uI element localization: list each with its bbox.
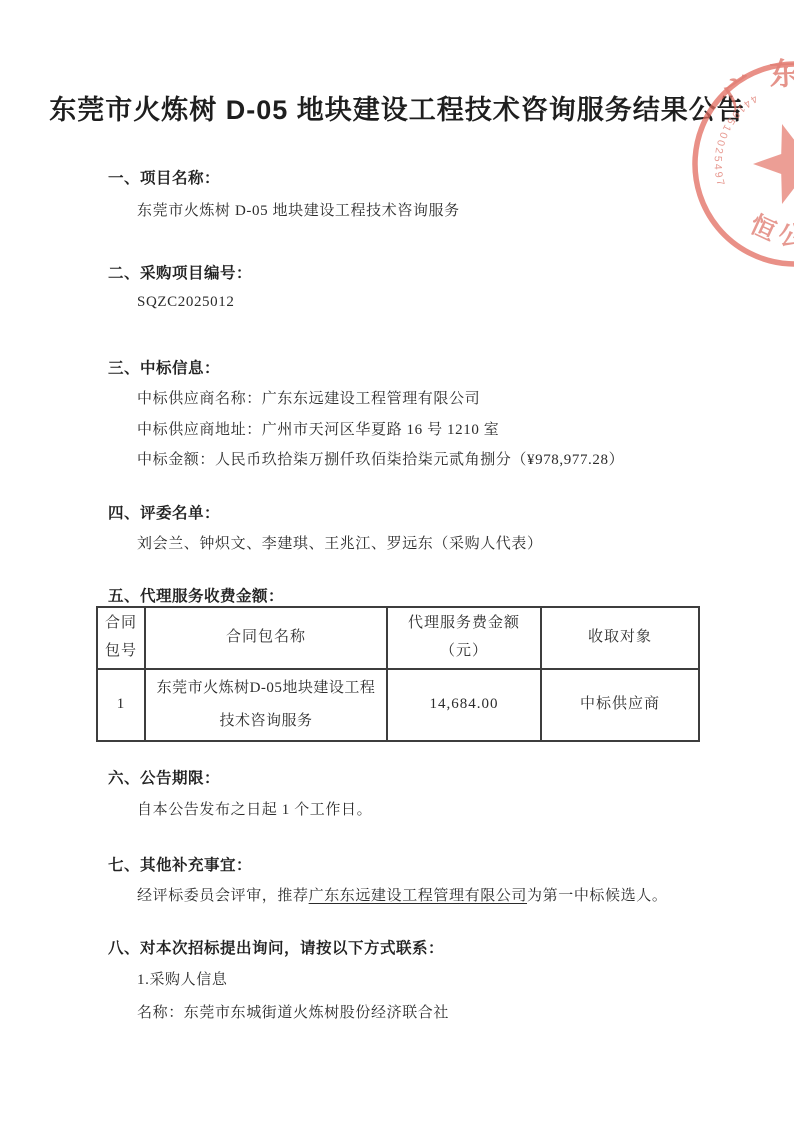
- procurement-project-number: SQZC2025012: [137, 294, 734, 311]
- svg-text:4419510025497: 4419510025497: [691, 91, 781, 190]
- fee-table-header-package-no: 合同包号: [97, 607, 145, 669]
- seal-star-icon: [744, 112, 794, 209]
- fee-table-header-fee-amount: 代理服务费金额（元）: [387, 607, 541, 669]
- svg-text:广东: 广东: [714, 44, 794, 117]
- winning-supplier-address: 中标供应商地址：广州市天河区华夏路 16 号 1210 室: [137, 418, 734, 439]
- fee-table-header-charged-party: 收取对象: [541, 607, 699, 669]
- section-1-heading: 一、项目名称：: [108, 166, 734, 188]
- purchaser-info-label: 1.采购人信息: [137, 968, 734, 989]
- agency-fee-table: 合同包号 合同包名称 代理服务费金额（元） 收取对象 1 东莞市火炼树D-05地…: [96, 606, 700, 742]
- charged-party-cell: 中标供应商: [541, 669, 699, 741]
- section-4-heading: 四、评委名单：: [108, 501, 734, 523]
- fee-table-row: 1 东莞市火炼树D-05地块建设工程技术咨询服务 14,684.00 中标供应商: [97, 669, 699, 741]
- section-3-heading: 三、中标信息：: [108, 356, 734, 378]
- announcement-period-value: 自本公告发布之日起 1 个工作日。: [137, 798, 734, 819]
- winning-bid-amount: 中标金额：人民币玖拾柒万捌仟玖佰柒拾柒元贰角捌分（¥978,977.28）: [137, 448, 734, 469]
- section-5-heading: 五、代理服务收费金额：: [108, 584, 734, 606]
- fee-amount-cell: 14,684.00: [387, 669, 541, 741]
- first-candidate-company: 广东东远建设工程管理有限公司: [309, 888, 527, 904]
- evaluation-committee-list: 刘会兰、钟炽文、李建琪、王兆江、罗远东（采购人代表）: [137, 532, 734, 553]
- package-no-cell: 1: [97, 669, 145, 741]
- purchaser-name: 名称：东莞市东城街道火炼树股份经济联合社: [137, 1001, 734, 1022]
- section-7-heading: 七、其他补充事宜：: [108, 853, 734, 875]
- section-8-heading: 八、对本次招标提出询问，请按以下方式联系：: [108, 936, 734, 958]
- supplementary-note-prefix: 经评标委员会评审，推荐: [137, 888, 309, 904]
- fee-table-header-package-name: 合同包名称: [145, 607, 387, 669]
- document-page: 东莞市火炼树 D-05 地块建设工程技术咨询服务结果公告 一、项目名称： 东莞市…: [0, 0, 794, 1123]
- seal-serial-number: 4419510025497: [691, 91, 781, 190]
- winning-supplier-name: 中标供应商名称：广东东远建设工程管理有限公司: [137, 387, 734, 408]
- supplementary-note: 经评标委员会评审，推荐广东东远建设工程管理有限公司为第一中标候选人。: [137, 884, 734, 905]
- project-name-value: 东莞市火炼树 D-05 地块建设工程技术咨询服务: [137, 199, 734, 220]
- package-name-cell: 东莞市火炼树D-05地块建设工程技术咨询服务: [145, 669, 387, 741]
- seal-region-text: 广东: [714, 44, 794, 117]
- section-2-heading: 二、采购项目编号：: [108, 261, 734, 283]
- supplementary-note-suffix: 为第一中标候选人。: [527, 888, 667, 904]
- section-6-heading: 六、公告期限：: [108, 766, 734, 788]
- fee-table-header-row: 合同包号 合同包名称 代理服务费金额（元） 收取对象: [97, 607, 699, 669]
